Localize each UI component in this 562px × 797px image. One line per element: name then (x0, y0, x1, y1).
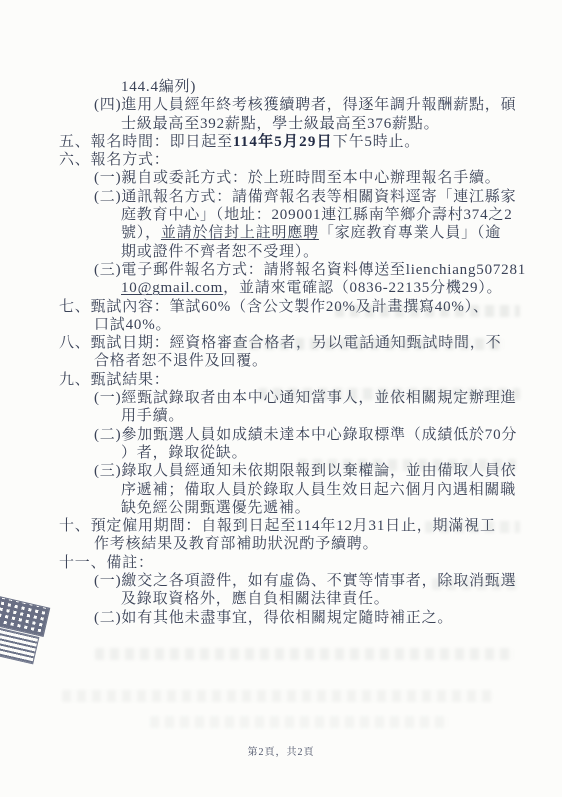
deadline-date: 114年5月29日 (233, 134, 333, 150)
line-text: 五、報名時間：即日起至 (59, 134, 233, 150)
scan-bleed-artifact (432, 578, 517, 590)
email-address: 10@gmail.com (121, 280, 223, 296)
doc-line: 庭教育中心」（地址：209001連江縣南竿鄉介壽村374之2 (59, 206, 529, 224)
scan-bleed-artifact (335, 305, 520, 317)
doc-line: 十一、備註： (59, 554, 529, 572)
scan-bleed-artifact (235, 338, 505, 350)
ink-stamp (0, 596, 59, 670)
doc-line: 及錄取資格外，應自負相關法律責任。 (59, 590, 529, 608)
scan-bleed-artifact (150, 716, 450, 728)
doc-line: 六、報名方式： (59, 151, 529, 169)
doc-line: 缺免經公開甄選優先遞補。 (59, 499, 529, 517)
line-text: ，並請來電確認（0836-22135分機29）。 (223, 280, 502, 296)
doc-line: (二)通訊報名方式：請備齊報名表等相關資料逕寄「連江縣家 (59, 188, 529, 206)
doc-line: 合格者恕不退件及回覆。 (59, 352, 529, 370)
scan-bleed-artifact (425, 521, 520, 533)
scan-bleed-artifact (258, 388, 520, 400)
doc-line: (二)參加甄選人員如成績未達本中心錄取標準（成績低於70分 (59, 426, 529, 444)
doc-line-email-part2: 10@gmail.com，並請來電確認（0836-22135分機29）。 (59, 279, 529, 297)
doc-line: 序遞補；備取人員於錄取人員生效日起六個月內遇相關職 (59, 481, 529, 499)
scan-bleed-artifact (95, 648, 515, 660)
document-page: 144.4編列) (四)進用人員經年終考核獲續聘者，得逐年調升報酬薪點，碩 士級… (0, 0, 562, 797)
doc-line: 士級最高至392薪點，學士級最高至376薪點。 (59, 115, 529, 133)
doc-line: (二)如有其他未盡事宜，得依相關規定隨時補正之。 (59, 609, 529, 627)
scan-bleed-artifact (62, 690, 492, 702)
line-text: 下午5時止。 (333, 134, 420, 150)
doc-line: 號），並請於信封上註明應聘「家庭教育專業人員」（逾 (59, 224, 529, 242)
doc-line: 期或證件不齊者恕不受理）。 (59, 243, 529, 261)
doc-line-email-part1: (三)電子郵件報名方式：請將報名資料傳送至lienchiang507281 (59, 261, 529, 279)
scan-bleed-artifact (298, 459, 516, 471)
line-text: 「家庭教育專業人員」（逾 (319, 225, 501, 241)
doc-line-registration-deadline: 五、報名時間：即日起至114年5月29日下午5時止。 (59, 133, 529, 151)
document-body: 144.4編列) (四)進用人員經年終考核獲續聘者，得逐年調升報酬薪點，碩 士級… (59, 78, 529, 627)
envelope-note-underlined: 並請於信封上註明應聘 (161, 225, 319, 241)
doc-line: 作考核結果及教育部補助狀況酌予續聘。 (59, 535, 529, 553)
doc-line: 144.4編列) (59, 78, 529, 96)
doc-line: (一)親自或委託方式：於上班時間至本中心辦理報名手續。 (59, 169, 529, 187)
doc-line: 用手續。 (59, 407, 529, 425)
doc-line: 口試40%。 (59, 316, 529, 334)
page-footer: 第2頁，共2頁 (0, 743, 562, 758)
line-text: 號）， (121, 225, 161, 241)
doc-line: 九、甄試結果： (59, 371, 529, 389)
doc-line: (四)進用人員經年終考核獲續聘者，得逐年調升報酬薪點，碩 (59, 96, 529, 114)
